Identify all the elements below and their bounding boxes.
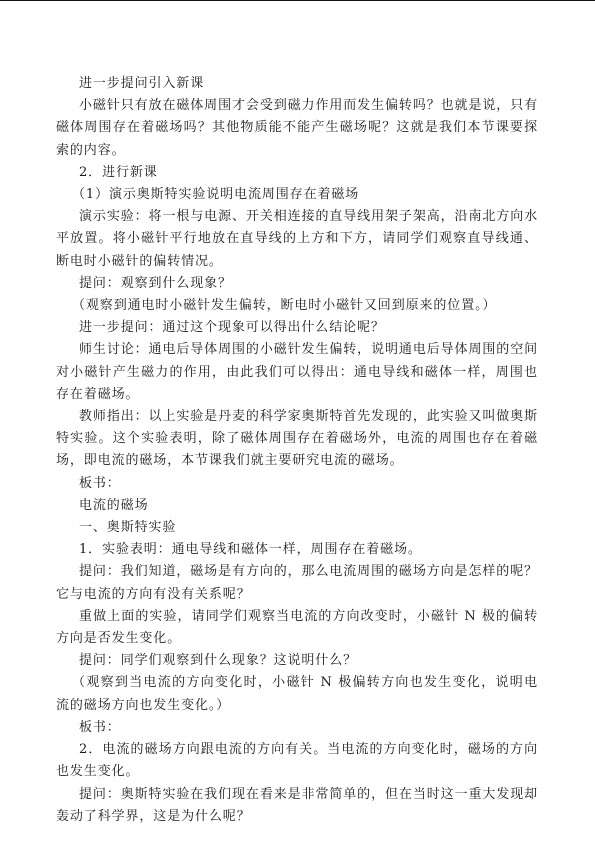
paragraph-board-point-2: 2．电流的磁场方向跟电流的方向有关。当电流的方向变化时，磁场的方向也发生变化。	[56, 739, 538, 783]
paragraph-answer-direction: （观察到当电流的方向变化时，小磁针 N 极偏转方向也发生变化，说明电流的磁场方向…	[56, 672, 538, 716]
paragraph-board-section: 一、奥斯特实验	[56, 517, 538, 539]
paragraph-board-label-1: 板书：	[56, 473, 538, 495]
paragraph-teacher-note: 教师指出：以上实验是丹麦的科学家奥斯特首先发现的，此实验又叫做奥斯特实验。这个实…	[56, 406, 538, 473]
paragraph-redo-experiment: 重做上面的实验，请同学们观察当电流的方向改变时，小磁针 N 极的偏转方向是否发生…	[56, 606, 538, 650]
paragraph-board-title: 电流的磁场	[56, 495, 538, 517]
paragraph-discussion: 师生讨论：通电后导体周围的小磁针发生偏转，说明通电后导体周围的空间对小磁针产生磁…	[56, 339, 538, 406]
paragraph-further-question: 进一步提问：通过这个现象可以得出什么结论呢？	[56, 317, 538, 339]
paragraph-board-label-2: 板书：	[56, 717, 538, 739]
paragraph-intro-heading: 进一步提问引入新课	[56, 73, 538, 95]
subsection-oersted-demo: （1）演示奥斯特实验说明电流周围存在着磁场	[56, 184, 538, 206]
document-body: 进一步提问引入新课 小磁针只有放在磁体周围才会受到磁力作用而发生偏转吗？也就是说…	[56, 73, 538, 828]
paragraph-intro-question: 小磁针只有放在磁体周围才会受到磁力作用而发生偏转吗？也就是说，只有磁体周围存在着…	[56, 95, 538, 162]
paragraph-board-point-1: 1．实验表明：通电导线和磁体一样，周围存在着磁场。	[56, 539, 538, 561]
paragraph-question-observe: 提问：观察到什么现象？	[56, 273, 538, 295]
page-top-border	[0, 0, 595, 1]
paragraph-question-phenomenon: 提问：同学们观察到什么现象？这说明什么？	[56, 650, 538, 672]
paragraph-demo-experiment: 演示实验：将一根与电源、开关相连接的直导线用架子架高，沿南北方向水平放置。将小磁…	[56, 206, 538, 273]
paragraph-question-significance: 提问：奥斯特实验在我们现在看来是非常简单的，但在当时这一重大发现却轰动了科学界，…	[56, 784, 538, 828]
section-new-lesson: 2．进行新课	[56, 162, 538, 184]
paragraph-question-direction: 提问：我们知道，磁场是有方向的，那么电流周围的磁场方向是怎样的呢？它与电流的方向…	[56, 561, 538, 605]
paragraph-answer-observe: （观察到通电时小磁针发生偏转，断电时小磁针又回到原来的位置。）	[56, 295, 538, 317]
